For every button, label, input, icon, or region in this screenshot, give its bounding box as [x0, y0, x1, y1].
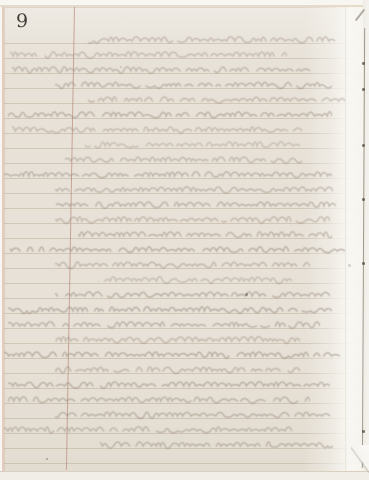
bleed-row: [85, 136, 300, 150]
bleed-row: [56, 196, 336, 210]
stitch-hole: [362, 262, 365, 265]
bleed-row: [55, 76, 332, 90]
bleed-row: [2, 421, 292, 435]
bleed-row: [55, 331, 300, 345]
bleed-row: [2, 346, 340, 360]
scan-edge-top: [0, 0, 369, 7]
bleed-row: [8, 301, 332, 315]
bleed-row: [88, 31, 335, 45]
handwriting-bleedthrough: [4, 7, 364, 472]
bleed-row: [55, 286, 330, 300]
bleed-row: [78, 226, 332, 240]
page-sheet: 9: [4, 7, 364, 472]
bleed-row: [8, 391, 310, 405]
bleed-row: [55, 211, 330, 225]
bleed-row: [98, 271, 292, 285]
bleed-row: [10, 46, 287, 60]
bleed-row: [65, 151, 302, 165]
scan-edge-bottom: [0, 471, 369, 480]
scan-edge-left: [0, 0, 4, 480]
bleed-row: [10, 241, 345, 255]
paper-speck: [348, 264, 351, 267]
scanned-notebook-page: 9: [0, 0, 369, 480]
bleed-row: [88, 91, 345, 105]
bleed-row: [100, 436, 333, 450]
bleed-row: [2, 166, 332, 180]
stitch-hole: [362, 144, 365, 147]
bleed-row: [55, 361, 300, 375]
bleed-row: [12, 121, 302, 135]
paper-speck: [46, 458, 48, 460]
stitch-hole: [362, 430, 365, 433]
paper-speck: [245, 293, 248, 296]
stitch-hole: [362, 62, 365, 65]
bleed-row: [8, 316, 320, 330]
bleed-row: [55, 256, 310, 270]
bleed-row: [55, 181, 333, 195]
corner-curl: [351, 445, 369, 473]
page-number: 9: [16, 7, 29, 35]
bleed-row: [12, 61, 310, 75]
bleed-row: [8, 106, 332, 120]
bleed-row: [55, 406, 330, 420]
stitch-hole: [362, 198, 365, 201]
paper-speck: [120, 66, 122, 68]
bleed-row: [8, 376, 330, 390]
stitch-hole: [362, 88, 365, 91]
